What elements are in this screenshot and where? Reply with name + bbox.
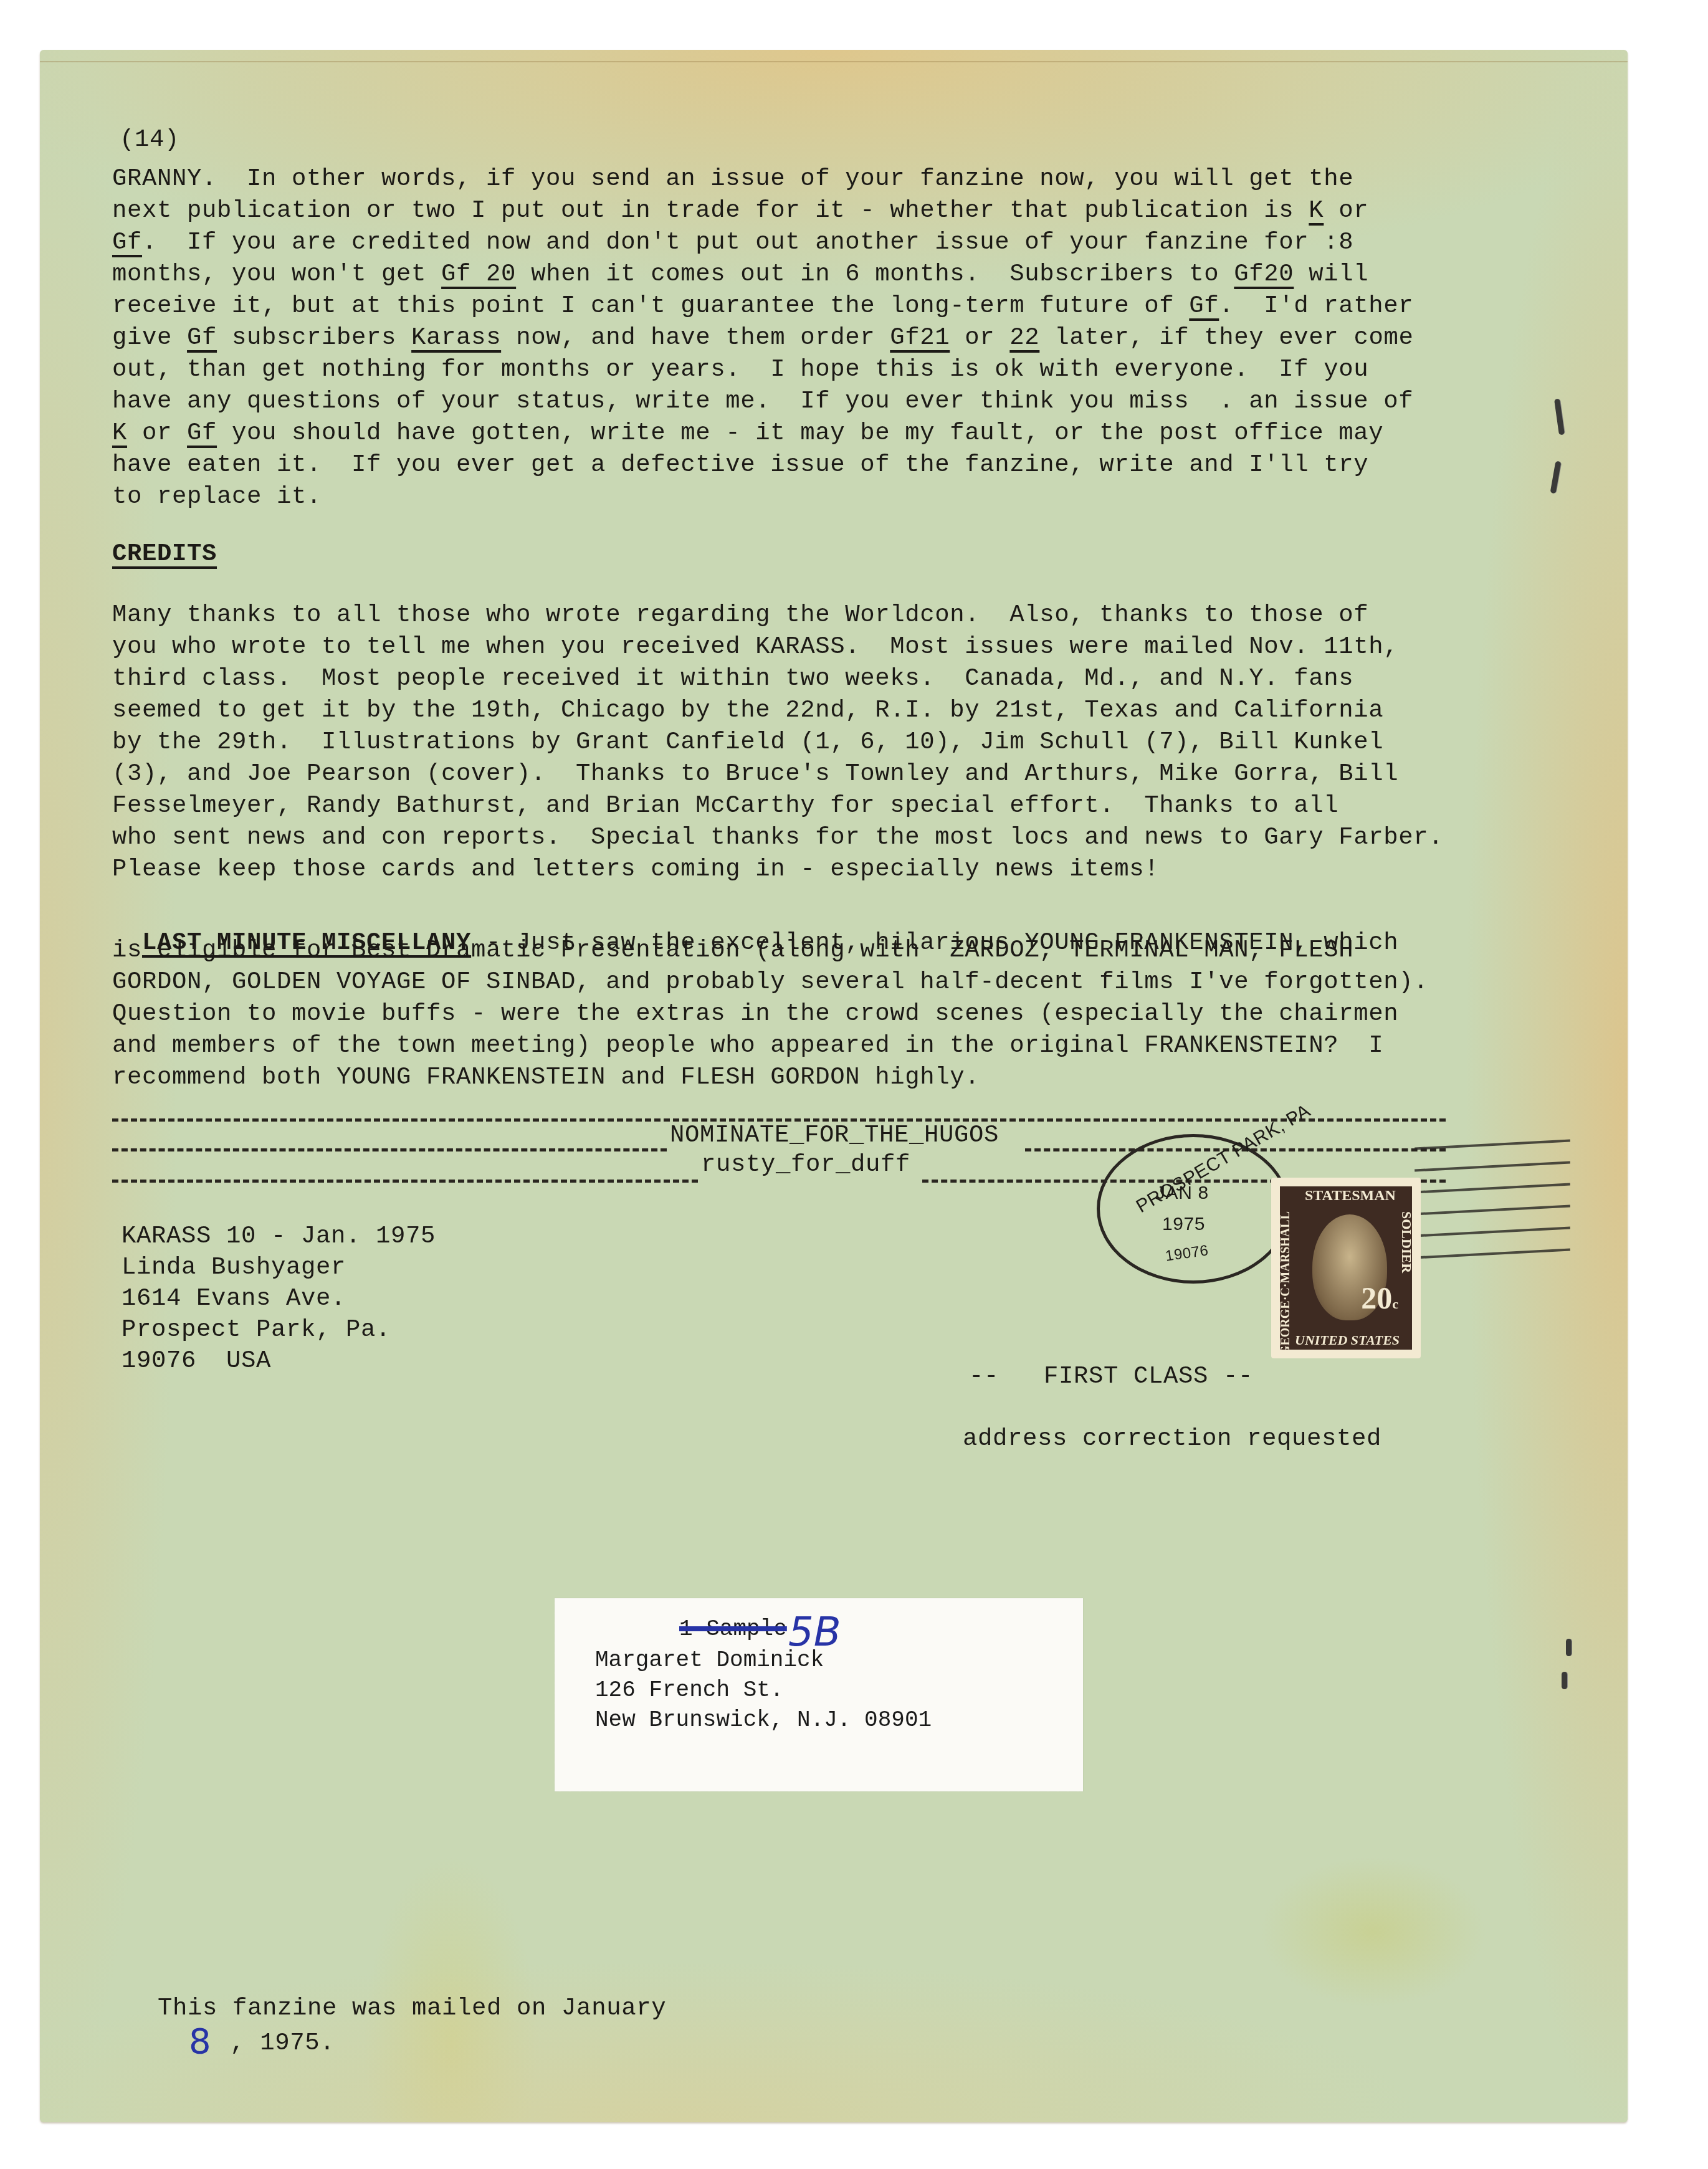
text-run: you should have gotten, write me - it ma…	[217, 419, 1383, 447]
retaddr-line: Prospect Park, Pa.	[122, 1318, 391, 1342]
misc-line: and members of the town meeting) people …	[112, 1034, 1383, 1058]
underlined-term: Gf20	[1234, 260, 1294, 288]
credits-line: Please keep those cards and letters comi…	[112, 857, 1159, 882]
text-run: give	[112, 324, 187, 351]
underlined-term: K	[112, 419, 127, 447]
underlined-term: Gf	[1189, 292, 1219, 320]
handwritten-day: 8	[189, 2021, 211, 2062]
retaddr-line: 1614 Evans Ave.	[122, 1287, 346, 1311]
underlined-term: Karass	[411, 324, 501, 351]
postmark-year: 1975	[1162, 1215, 1205, 1234]
hugo-banner: NOMINATE_FOR_THE_HUGOS	[670, 1123, 999, 1148]
underlined-term: 22	[1009, 324, 1039, 351]
intro-line: have eaten it. If you ever get a defecti…	[112, 453, 1368, 477]
mailed-prefix: This fanzine was mailed on January	[158, 1995, 666, 2022]
intro-line: Gf. If you are credited now and don't pu…	[112, 231, 1353, 255]
misc-line: is eligible for Best Dramatic Presentati…	[112, 938, 1353, 963]
stamp-right-text: SOLDIER	[1398, 1211, 1415, 1273]
text-run: to replace it.	[112, 483, 322, 510]
underlined-term: K	[1309, 197, 1324, 224]
misc-line: GORDON, GOLDEN VOYAGE OF SINBAD, and pro…	[112, 970, 1428, 994]
intro-line: receive it, but at this point I can't gu…	[112, 294, 1413, 318]
text-run: or	[1324, 197, 1368, 224]
intro-line: out, than get nothing for months or year…	[112, 358, 1368, 382]
text-run: subscribers	[217, 324, 411, 351]
text-run: or	[950, 324, 1009, 351]
intro-line: next publication or two I put out in tra…	[112, 199, 1368, 223]
text-run: now, and have them order	[501, 324, 890, 351]
postmark-circle: PROSPECT PARK, PA JAN 8 1975 19076	[1097, 1134, 1290, 1284]
underlined-term: Gf	[187, 324, 217, 351]
staple-bottom-lower	[1562, 1672, 1567, 1689]
text-run: receive it, but at this point I can't gu…	[112, 292, 1189, 320]
text-run: later, if they ever come	[1039, 324, 1413, 351]
intro-line: months, you won't get Gf 20 when it come…	[112, 262, 1368, 287]
stamp-left-text: GEORGE·C·MARSHALL	[1279, 1211, 1293, 1355]
intro-line: have any questions of your status, write…	[112, 389, 1413, 414]
mailing-label: 1-Sample 5B Margaret Dominick 126 French…	[555, 1598, 1083, 1791]
address-correction-note: address correction requested	[963, 1427, 1381, 1451]
retaddr-line: Linda Bushyager	[122, 1256, 346, 1280]
retaddr-line: 19076 USA	[122, 1349, 271, 1373]
recipient-street: 126 French St.	[595, 1679, 783, 1702]
stamp-country: UNITED STATES	[1295, 1332, 1400, 1348]
text-run: . I'd rather	[1219, 292, 1413, 320]
text-run: will	[1294, 260, 1368, 288]
retaddr-line: KARASS 10 - Jan. 1975	[122, 1224, 436, 1249]
text-run: GRANNY. In other words, if you send an i…	[112, 165, 1353, 193]
mailed-suffix: , 1975.	[230, 2029, 335, 2057]
underlined-term: Gf 20	[441, 260, 516, 288]
staple-bottom	[1566, 1639, 1572, 1656]
intro-line: to replace it.	[112, 485, 322, 509]
credits-line: who sent news and con reports. Special t…	[112, 826, 1443, 850]
text-run: months, you won't get	[112, 260, 441, 288]
postage-stamp: STATESMAN SOLDIER GEORGE·C·MARSHALL 20c …	[1271, 1178, 1421, 1358]
postage-class: -- FIRST CLASS --	[969, 1365, 1253, 1389]
intro-line: give Gf subscribers Karass now, and have…	[112, 326, 1413, 350]
credits-line: you who wrote to tell me when you receiv…	[112, 635, 1398, 659]
struck-sample-text: 1-Sample	[679, 1618, 787, 1641]
credits-line: seemed to get it by the 19th, Chicago by…	[112, 698, 1383, 723]
text-run: when it comes out in 6 months. Subscribe…	[516, 260, 1234, 288]
mailed-date-line: This fanzine was mailed on January 8, 19…	[128, 1972, 666, 2056]
credits-line: Fesselmeyer, Randy Bathurst, and Brian M…	[112, 794, 1338, 818]
underlined-term: Gf	[187, 419, 217, 447]
stamp-top-text: STATESMAN	[1305, 1188, 1396, 1204]
credits-line: third class. Most people received it wit…	[112, 667, 1353, 691]
dashed-rule-left-2	[112, 1180, 698, 1183]
dashed-rule-left-1	[112, 1148, 667, 1151]
text-run: . If you are credited now and don't put …	[142, 229, 1353, 256]
text-run: out, than get nothing for months or year…	[112, 356, 1368, 383]
text-run: or	[127, 419, 187, 447]
text-run: have eaten it. If you ever get a defecti…	[112, 451, 1368, 479]
intro-line: K or Gf you should have gotten, write me…	[112, 421, 1383, 446]
duff-banner: rusty_for_duff	[701, 1153, 910, 1177]
stamp-value: 20c	[1361, 1280, 1398, 1316]
credits-line: by the 29th. Illustrations by Grant Canf…	[112, 730, 1383, 755]
underlined-term: Gf21	[890, 324, 950, 351]
misc-line: Question to movie buffs - were the extra…	[112, 1002, 1398, 1026]
credits-heading: CREDITS	[112, 542, 217, 566]
misc-line: recommend both YOUNG FRANKENSTEIN and FL…	[112, 1065, 980, 1090]
page-number: (14)	[120, 128, 179, 152]
text-run: next publication or two I put out in tra…	[112, 197, 1309, 224]
underlined-term: Gf	[112, 229, 142, 256]
credits-line: Many thanks to all those who wrote regar…	[112, 603, 1368, 627]
intro-line: GRANNY. In other words, if you send an i…	[112, 167, 1353, 191]
postmark-date: JAN 8	[1156, 1184, 1209, 1203]
postmark-zip: 19076	[1165, 1243, 1209, 1264]
credits-line: (3), and Joe Pearson (cover). Thanks to …	[112, 762, 1398, 786]
recipient-name: Margaret Dominick	[595, 1649, 824, 1672]
recipient-city: New Brunswick, N.J. 08901	[595, 1709, 932, 1732]
text-run: have any questions of your status, write…	[112, 388, 1413, 415]
